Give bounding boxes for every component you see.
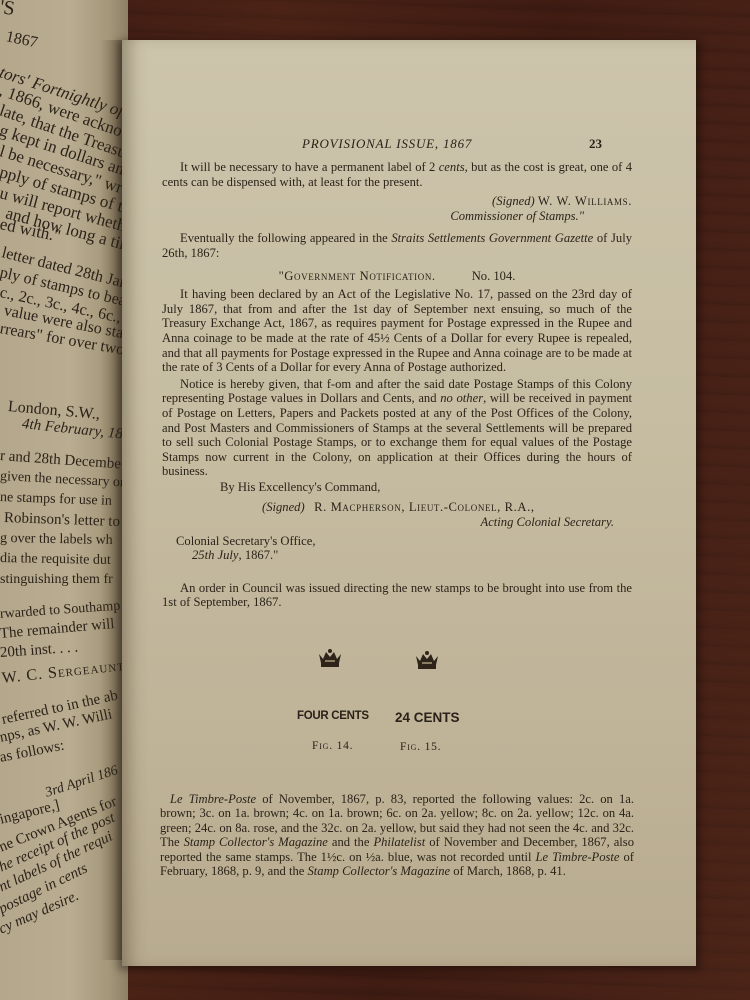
signature-williams: (Signed) W. W. Williams. [162, 194, 632, 209]
figures: FOUR CENTS 24 CENTS Fig. 14. Fig. 15. [122, 640, 696, 760]
paragraph: It will be necessary to have a permanent… [162, 160, 632, 189]
fig-14-label: FOUR CENTS [297, 710, 369, 722]
main-text: It will be necessary to have a permanent… [162, 160, 632, 610]
fig-15-label: 24 CENTS [395, 710, 460, 725]
fig-14-caption: Fig. 14. [312, 740, 353, 752]
left-page: 'S 1867 tors' Fortnightly of M , 1866, w… [0, 0, 128, 1000]
crown-icon [414, 650, 440, 670]
left-text-line: dia the requisite dut [0, 551, 111, 569]
running-head-title: PROVISIONAL ISSUE, 1867 [302, 136, 472, 152]
bottom-paragraph: Le Timbre-Poste of November, 1867, p. 83… [160, 792, 634, 878]
signature-title: Commissioner of Stamps." [162, 209, 632, 224]
left-running-head: 'S [0, 0, 16, 21]
left-text-line: 20th inst. . . . [0, 640, 79, 662]
left-page-year: 1867 [4, 28, 39, 52]
paragraph: Eventually the following appeared in the… [162, 231, 632, 260]
notification-heading: "Government Notification.No. 104. [162, 269, 632, 284]
left-text-line: stinguishing them fr [0, 572, 113, 588]
paragraph: It having been declared by an Act of the… [162, 287, 632, 375]
right-page: PROVISIONAL ISSUE, 1867 23 It will be ne… [122, 40, 696, 966]
command-line: By His Excellency's Command, [162, 480, 632, 495]
fig-15-caption: Fig. 15. [400, 741, 441, 753]
signature-title: Acting Colonial Secretary. [162, 515, 632, 530]
office-line: Colonial Secretary's Office, [162, 534, 632, 549]
page-number: 23 [589, 136, 602, 152]
crown-icon [317, 648, 343, 668]
office-date: 25th July, 1867." [162, 548, 632, 563]
left-text-line: ne stamps for use in [0, 490, 112, 510]
left-text-line: g over the labels wh [0, 531, 113, 549]
running-head: PROVISIONAL ISSUE, 1867 23 [122, 136, 696, 156]
paragraph: Notice is hereby given, that f-om and af… [162, 377, 632, 479]
signature-macpherson: (Signed) R. Macpherson, Lieut.-Colonel, … [162, 500, 632, 515]
paragraph: An order in Council was issued directing… [162, 581, 632, 610]
